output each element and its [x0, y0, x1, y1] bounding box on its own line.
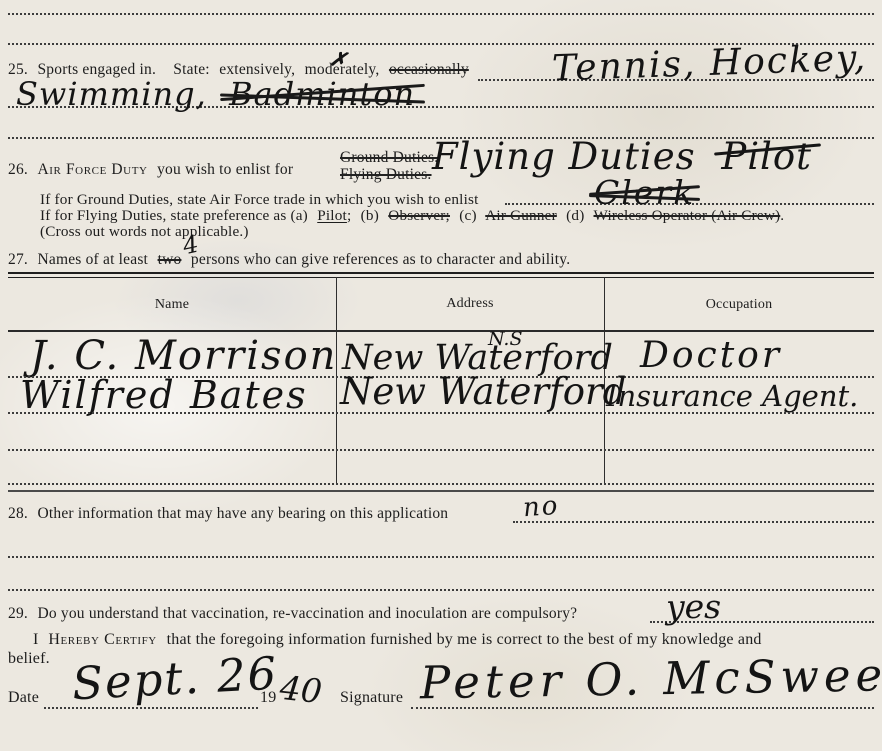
q26-period: .: [780, 207, 784, 224]
q26-separator: ;: [347, 207, 351, 224]
question-29: 29. Do you understand that vaccination, …: [8, 605, 577, 623]
q26-prompt-rest: you wish to enlist for: [157, 161, 293, 178]
ruled-line: [8, 556, 874, 558]
q29-answer-handwriting: yes: [666, 590, 721, 623]
q26-duty-title: Air Force Duty: [37, 161, 147, 178]
q29-number: 29.: [8, 605, 28, 622]
q26-note: (Cross out words not applicable.): [40, 223, 249, 241]
ruled-line: [8, 589, 874, 591]
q26-number: 26.: [8, 161, 28, 178]
q26-pref-observer-struck: Observer;: [388, 207, 450, 224]
q25-answer-swimming: Swimming,: [16, 75, 207, 113]
q26-label-b: (b): [361, 207, 379, 224]
q26-pref-air-gunner-struck: Air Gunner: [485, 207, 557, 224]
table-row-occupation: Doctor: [640, 338, 782, 374]
table-top-border: [8, 272, 874, 278]
table-header-occupation: Occupation: [604, 297, 874, 313]
q27-two-struck: two: [158, 251, 182, 268]
q28-answer-handwriting: no: [522, 493, 560, 521]
question-27: 27. Names of at least two persons who ca…: [8, 251, 570, 269]
table-row-line: [8, 449, 874, 451]
table-row-name: J. C. Morrison: [30, 336, 337, 376]
certification-line: I Hereby Certify that the foregoing info…: [33, 631, 762, 649]
question-28: 28. Other information that may have any …: [8, 505, 448, 523]
scanned-enlistment-form: 25. Sports engaged in. State: extensivel…: [0, 0, 882, 751]
q25-x-mark: ✗: [329, 48, 348, 70]
table-row-line: [8, 483, 874, 485]
signature-label: Signature: [340, 689, 403, 707]
q27-prompt-after: persons who can give references as to ch…: [191, 251, 570, 268]
date-label: Date: [8, 689, 39, 707]
certification-body: that the foregoing information furnished…: [167, 631, 762, 648]
certification-tail: belief.: [8, 650, 50, 668]
q26-ground-answer-scribbled: Clerk: [594, 176, 695, 209]
q26-pref-pilot: Pilot: [317, 207, 347, 224]
table-header-underline: [8, 330, 874, 332]
q27-number: 27.: [8, 251, 28, 268]
date-handwriting: Sept. 26: [71, 651, 279, 707]
q27-prompt-before: Names of at least: [37, 251, 148, 268]
table-row-address: New Waterford: [340, 373, 626, 410]
table-row-line: [8, 412, 874, 414]
table-row-province: N.S: [488, 330, 522, 349]
q25-answer-line2-handwriting: Swimming, Badminton: [16, 78, 415, 110]
q26-option-flying-struck: Flying Duties.: [340, 166, 432, 184]
table-header-name: Name: [8, 297, 336, 313]
q25-answer-badminton-scribbled: Badminton: [229, 78, 415, 110]
q26-answer-handwriting: Flying Duties Pilot: [432, 138, 812, 175]
q28-number: 28.: [8, 505, 28, 522]
certification-lead: I: [33, 631, 39, 648]
q26-label-c: (c): [459, 207, 476, 224]
q26-option-ground-struck: Ground Duties.: [340, 149, 438, 167]
q26-answer-trade: Pilot: [721, 138, 812, 175]
table-bottom-border: [8, 490, 874, 492]
table-header-address: Address: [336, 296, 604, 312]
table-row-occupation: Insurance Agent.: [606, 382, 858, 411]
q26-pref-wireless-struck: Wireless Operator (Air Crew): [594, 207, 781, 224]
q28-answer-leader: [513, 521, 874, 523]
certification-certify: Hereby Certify: [48, 631, 157, 648]
q26-answer-duty: Flying Duties: [432, 135, 696, 178]
year-printed: 19: [260, 689, 276, 707]
table-row-name: Wilfred Bates: [20, 376, 308, 414]
year-handwriting: 40: [278, 671, 323, 708]
q28-prompt: Other information that may have any bear…: [37, 505, 448, 522]
question-26: 26. Air Force Duty you wish to enlist fo…: [8, 161, 293, 179]
signature-handwriting: Peter O. McSween: [420, 652, 882, 706]
q26-label-d: (d): [566, 207, 584, 224]
q29-prompt: Do you understand that vaccination, re-v…: [37, 605, 577, 622]
q26-flying-prompt: If for Flying Duties, state preference a…: [40, 207, 308, 224]
ruled-line: [8, 13, 874, 15]
